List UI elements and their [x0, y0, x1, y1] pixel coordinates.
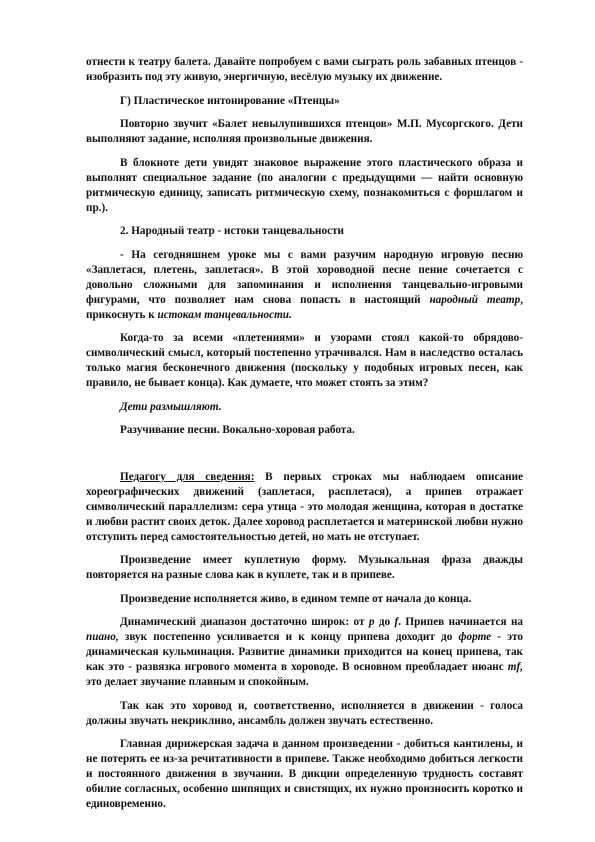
dynamic-piano: пиано,	[86, 631, 119, 643]
dynamic-mark-mf: mf,	[508, 661, 523, 673]
teacher-note-label: Педагогу для сведения:	[120, 471, 254, 483]
paragraph-conductor-task: Главная дирижерская задача в данном прои…	[86, 737, 523, 812]
heading-song-learning: Разучивание песни. Вокально-хоровая рабо…	[86, 423, 523, 438]
dynamic-forte: форте	[459, 631, 492, 643]
paragraph-intro: отнести к театру балета. Давайте попробу…	[86, 55, 523, 85]
document-page: отнести к театру балета. Давайте попробу…	[86, 55, 523, 821]
emphasis-dance-origins: истокам танцевальности.	[157, 309, 291, 321]
heading-plastic-intonation: Г) Пластическое интонирование «Птенцы»	[86, 94, 523, 109]
text-run: звук постепенно усиливается и к концу пр…	[119, 631, 459, 643]
paragraph-dynamics: Динамический диапазон достаточно широк: …	[86, 615, 523, 690]
paragraph-round-dance-voices: Так как это хоровод и, соответственно, и…	[86, 699, 523, 729]
heading-folk-theatre: 2. Народный театр - истоки танцевальност…	[86, 224, 523, 239]
paragraph-form: Произведение имеет куплетную форму. Музы…	[86, 553, 523, 583]
text-run: это делает звучание плавным и спокойным.	[86, 676, 309, 688]
blank-space	[86, 447, 523, 470]
paragraph-folk-song: - На сегодняшнем уроке мы с вами разучим…	[86, 248, 523, 323]
paragraph-teacher-note: Педагогу для сведения: В первых строках …	[86, 470, 523, 545]
paragraph-repeat-ballet: Повторно звучит «Балет невылупившихся пт…	[86, 117, 523, 147]
paragraph-notebook-task: В блокноте дети увидят знаковое выражени…	[86, 156, 523, 216]
paragraph-weaving-meaning: Когда-то за всеми «плетениями» и узорами…	[86, 331, 523, 391]
text-run: до	[374, 616, 394, 628]
paragraph-children-think: Дети размышляют.	[86, 400, 523, 415]
text-run: . Припев начинается на	[398, 616, 523, 628]
paragraph-tempo: Произведение исполняется живо, в едином …	[86, 592, 523, 607]
emphasis-folk-theatre: народный театр	[429, 294, 520, 306]
text-run: Динамический диапазон достаточно широк: …	[120, 616, 369, 628]
